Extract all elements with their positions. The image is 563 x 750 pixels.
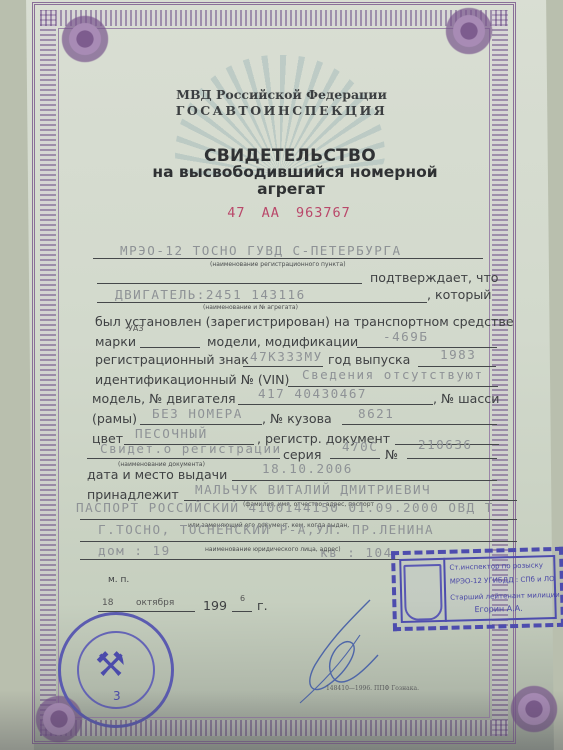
brand-handwritten: УАЗ: [128, 324, 143, 333]
date-day: 18: [102, 598, 113, 608]
issue-field: [232, 480, 497, 481]
make-label: марки: [95, 334, 136, 349]
chassis-field: [140, 424, 262, 425]
official-rectangular-stamp: Ст.инспектор по розыску МРЭО-12 УГИБДД :…: [391, 547, 563, 631]
field-line: [97, 302, 427, 303]
engine-value: 417 40430467: [258, 386, 367, 401]
model-label: модели, модификации: [207, 334, 358, 349]
number-field: [407, 458, 497, 459]
passport-value: ПАСПОРТ РОССИЙСКИЙ 4100144150 01.09.2000…: [76, 500, 494, 515]
address-line: [80, 541, 517, 542]
date-year-line: [232, 611, 252, 612]
installed-label: был установлен (зарегистрирован) на тран…: [95, 314, 514, 329]
number-label: №: [385, 447, 398, 462]
date-year-prefix: 199: [203, 598, 227, 613]
confirms-label: подтверждает, что: [370, 270, 499, 285]
registration-point-value: МРЭО-12 ТОСНО ГУВД С-ПЕТЕРБУРГА: [120, 243, 402, 258]
year-value: 1983: [440, 347, 476, 362]
reg-doc-value: Свидет.о регистрации: [100, 441, 282, 456]
chassis-value: БЕЗ НОМЕРА: [152, 406, 243, 421]
chassis-label: , № шасси: [433, 391, 499, 406]
body-value: 8621: [358, 406, 394, 421]
number-value: 210636: [418, 437, 473, 452]
year-label: год выпуска: [328, 352, 410, 367]
make-field: [140, 347, 200, 348]
reg-plate-value: 47К333МУ: [250, 349, 323, 364]
frame-label: (рамы): [92, 411, 137, 426]
address2-value: дом : 19: [98, 543, 171, 558]
vin-value: Сведения отсутствуют: [302, 367, 484, 382]
field-line: [97, 283, 362, 284]
registration-point-caption: (наименование регистрационного пункта): [210, 261, 346, 268]
date-g: г.: [257, 598, 268, 613]
address-caption: наименование юридического лица, адрес): [205, 546, 341, 553]
issue-label: дата и место выдачи: [87, 467, 227, 482]
color-value: ПЕСОЧНЫЙ: [135, 426, 208, 441]
crossed-hammers-icon: ⚒: [95, 645, 125, 685]
issue-value: 18.10.2006: [262, 461, 353, 476]
unit-value: ДВИГАТЕЛЬ:2451 143116: [115, 287, 306, 302]
series-field: [330, 458, 380, 459]
owner-value: МАЛЬЧУК ВИТАЛИЙ ДМИТРИЕВИЧ: [195, 482, 431, 497]
stamp-line-4: Егорин А.А.: [474, 604, 522, 614]
engine-field: [238, 404, 433, 405]
seal-place-label: м. п.: [108, 575, 129, 585]
engine-label: модель, № двигателя: [92, 391, 236, 406]
address2-line: [80, 559, 400, 560]
date-month: октября: [136, 598, 174, 608]
coat-of-arms-icon: [403, 564, 442, 621]
date-year-suffix: 6: [240, 594, 245, 603]
unit-caption: (наименование и № агрегата): [203, 304, 298, 311]
photo-shadow: [0, 690, 563, 750]
body-label: , № кузова: [262, 411, 332, 426]
field-line: [93, 258, 483, 259]
body-field: [342, 424, 497, 425]
vin-label: идентификационный № (VIN): [95, 372, 289, 387]
series-value: 470С: [342, 439, 378, 454]
unit-suffix: , который: [427, 287, 491, 302]
passport-line: [80, 519, 517, 520]
address-value: Г.ТОСНО, ТОСНЕНСКИЙ Р-А,УЛ. ПР.ЛЕНИНА: [98, 522, 434, 537]
series-label: серия: [283, 447, 321, 462]
reg-plate-label: регистрационный знак: [95, 352, 249, 367]
model-value: -469Б: [383, 329, 428, 344]
reg-doc-line: [87, 458, 280, 459]
